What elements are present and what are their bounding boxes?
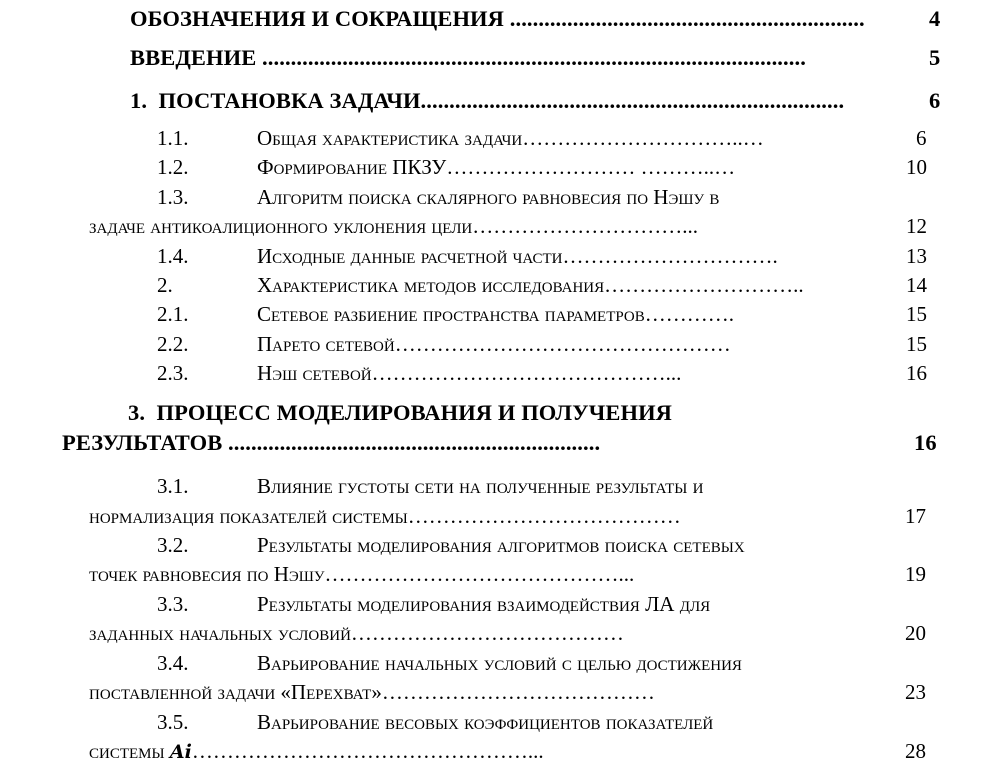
page-number: 20 xyxy=(905,621,926,646)
page-number: 23 xyxy=(905,680,926,705)
toc-entry-3-1-title-cont[interactable]: нормализация показателей системы……………………… xyxy=(89,504,681,529)
toc-entry-1-2[interactable]: 1.2. xyxy=(157,155,189,180)
toc-entry-3-5[interactable]: 3.5. xyxy=(157,710,189,735)
toc-entry-3-4-title-cont[interactable]: поставленной задачи «Перехват»…………………………… xyxy=(89,680,655,705)
page-number: 6 xyxy=(929,88,940,114)
toc-entry-1-3-title-cont[interactable]: задаче антикоалиционного уклонения цели…… xyxy=(89,214,698,239)
entry-title-cont: нормализация показателей системы xyxy=(89,504,408,528)
entry-title: Парето сетевой xyxy=(257,332,395,356)
entry-title: Исходные данные расчетной части xyxy=(257,244,563,268)
entry-title: Характеристика методов исследования xyxy=(257,273,604,297)
leader-dots: ........................................… xyxy=(256,45,806,70)
toc-entry-1-4-title[interactable]: Исходные данные расчетной части………………………… xyxy=(257,244,778,269)
entry-number: 3. xyxy=(128,400,145,425)
entry-number: 1.4. xyxy=(157,244,189,268)
toc-entry-1-2-title[interactable]: Формирование ПКЗУ……………………… ………..… xyxy=(257,155,735,180)
entry-number: 3.3. xyxy=(157,592,189,616)
toc-entry-2-2-title[interactable]: Парето сетевой………………………………………… xyxy=(257,332,731,357)
entry-title: ПРОЦЕСС МОДЕЛИРОВАНИЯ И ПОЛУЧЕНИЯ xyxy=(157,400,673,425)
entry-number: 3.4. xyxy=(157,651,189,675)
toc-entry-2[interactable]: 2. xyxy=(157,273,173,298)
leader-dots: ……………………… ………..… xyxy=(446,155,735,179)
page-number: 16 xyxy=(906,361,927,386)
toc-entry-3-1-title[interactable]: Влияние густоты сети на полученные резул… xyxy=(257,474,703,499)
entry-title: Результаты моделирования взаимодействия … xyxy=(257,592,710,616)
entry-title: Варьирование начальных условий с целью д… xyxy=(257,651,742,675)
toc-entry-2-2[interactable]: 2.2. xyxy=(157,332,189,357)
leader-dots: …………. xyxy=(645,302,734,326)
leader-dots: …………………………. xyxy=(563,244,778,268)
page-number: 19 xyxy=(905,562,926,587)
toc-entry-3-1[interactable]: 3.1. xyxy=(157,474,189,499)
entry-number: 3.1. xyxy=(157,474,189,498)
entry-title: Нэш сетевой xyxy=(257,361,372,385)
toc-entry-abbreviations[interactable]: ОБОЗНАЧЕНИЯ И СОКРАЩЕНИЯ ...............… xyxy=(130,6,865,32)
toc-entry-chapter-3-cont[interactable]: РЕЗУЛЬТАТОВ ............................… xyxy=(62,430,600,456)
leader-dots: ........................................… xyxy=(504,6,865,31)
leader-dots: ........................................… xyxy=(222,430,600,455)
entry-number: 3.5. xyxy=(157,710,189,734)
entry-title-cont: заданных начальных условий xyxy=(89,621,351,645)
entry-title: Сетевое разбиение пространства параметро… xyxy=(257,302,645,326)
toc-entry-1-3[interactable]: 1.3. xyxy=(157,185,189,210)
toc-entry-chapter-3[interactable]: 3. ПРОЦЕСС МОДЕЛИРОВАНИЯ И ПОЛУЧЕНИЯ xyxy=(128,400,672,426)
leader-dots: …………………………... xyxy=(472,214,698,238)
page-number: 14 xyxy=(906,273,927,298)
entry-number: 2. xyxy=(157,273,173,297)
toc-entry-1-3-title[interactable]: Алгоритм поиска скалярного равновесия по… xyxy=(257,185,719,210)
entry-title-cont: задаче антикоалиционного уклонения цели xyxy=(89,214,472,238)
entry-title: ОБОЗНАЧЕНИЯ И СОКРАЩЕНИЯ xyxy=(130,6,504,31)
entry-title-cont: РЕЗУЛЬТАТОВ xyxy=(62,430,222,455)
entry-title: Алгоритм поиска скалярного равновесия по… xyxy=(257,185,719,209)
leader-dots: ……………………….. xyxy=(604,273,804,297)
entry-title: ПОСТАНОВКА ЗАДАЧИ xyxy=(159,88,421,113)
leader-dots: ………………………………… xyxy=(382,680,655,704)
entry-title: Общая характеристика задачи xyxy=(257,126,522,150)
toc-entry-1-1-title[interactable]: Общая характеристика задачи…………………………..… xyxy=(257,126,764,151)
entry-number: 1.2. xyxy=(157,155,189,179)
toc-entry-3-2-title[interactable]: Результаты моделирования алгоритмов поис… xyxy=(257,533,745,558)
leader-dots: ………………………………………… xyxy=(395,332,731,356)
leader-dots: ……………………………………... xyxy=(325,562,635,586)
math-symbol: Ai xyxy=(170,741,192,763)
page-number: 4 xyxy=(929,6,940,32)
entry-title-cont: точек равновесия по Нэшу xyxy=(89,562,325,586)
toc-entry-2-3-title[interactable]: Нэш сетевой……………………………………... xyxy=(257,361,681,386)
toc-entry-3-4-title[interactable]: Варьирование начальных условий с целью д… xyxy=(257,651,742,676)
toc-entry-2-title[interactable]: Характеристика методов исследования……………… xyxy=(257,273,804,298)
toc-entry-3-5-title[interactable]: Варьирование весовых коэффициентов показ… xyxy=(257,710,713,735)
entry-title: ВВЕДЕНИЕ xyxy=(130,45,256,70)
toc-entry-1-4[interactable]: 1.4. xyxy=(157,244,189,269)
toc-entry-3-5-title-cont[interactable]: системы Ai…………………………………………... xyxy=(89,739,544,764)
toc-entry-3-2[interactable]: 3.2. xyxy=(157,533,189,558)
leader-dots: ……………………………………... xyxy=(372,361,682,385)
leader-dots: ………………………………… xyxy=(351,621,624,645)
toc-entry-introduction[interactable]: ВВЕДЕНИЕ ...............................… xyxy=(130,45,806,71)
entry-number: 3.2. xyxy=(157,533,189,557)
toc-entry-3-4[interactable]: 3.4. xyxy=(157,651,189,676)
toc-entry-3-3[interactable]: 3.3. xyxy=(157,592,189,617)
leader-dots: ………………………………… xyxy=(408,504,681,528)
entry-title: Формирование ПКЗУ xyxy=(257,155,446,179)
leader-dots: ........................................… xyxy=(421,88,845,113)
page-number: 13 xyxy=(906,244,927,269)
toc-entry-2-1-title[interactable]: Сетевое разбиение пространства параметро… xyxy=(257,302,734,327)
entry-title-cont: системы xyxy=(89,739,170,763)
entry-number: 1.1. xyxy=(157,126,189,150)
entry-number: 1. xyxy=(130,88,147,113)
entry-title-cont: поставленной задачи «Перехват» xyxy=(89,680,382,704)
toc-entry-3-3-title[interactable]: Результаты моделирования взаимодействия … xyxy=(257,592,710,617)
toc-entry-3-2-title-cont[interactable]: точек равновесия по Нэшу……………………………………..… xyxy=(89,562,634,587)
entry-number: 2.3. xyxy=(157,361,189,385)
page-number: 16 xyxy=(914,430,937,456)
page-number: 10 xyxy=(906,155,927,180)
entry-number: 2.1. xyxy=(157,302,189,326)
toc-entry-2-3[interactable]: 2.3. xyxy=(157,361,189,386)
entry-title: Влияние густоты сети на полученные резул… xyxy=(257,474,703,498)
entry-title: Результаты моделирования алгоритмов поис… xyxy=(257,533,745,557)
page-number: 15 xyxy=(906,302,927,327)
toc-entry-3-3-title-cont[interactable]: заданных начальных условий………………………………… xyxy=(89,621,624,646)
page-number: 6 xyxy=(916,126,927,151)
entry-number: 2.2. xyxy=(157,332,189,356)
page-number: 28 xyxy=(905,739,926,764)
page-number: 5 xyxy=(929,45,940,71)
toc-entry-chapter-1[interactable]: 1. ПОСТАНОВКА ЗАДАЧИ....................… xyxy=(130,88,844,114)
page-number: 12 xyxy=(906,214,927,239)
entry-number: 1.3. xyxy=(157,185,189,209)
leader-dots: …………………………………………... xyxy=(192,739,544,763)
page-number: 15 xyxy=(906,332,927,357)
toc-entry-2-1[interactable]: 2.1. xyxy=(157,302,189,327)
page-number: 17 xyxy=(905,504,926,529)
entry-title: Варьирование весовых коэффициентов показ… xyxy=(257,710,713,734)
toc-entry-1-1[interactable]: 1.1. xyxy=(157,126,189,151)
leader-dots: …………………………..… xyxy=(522,126,764,150)
